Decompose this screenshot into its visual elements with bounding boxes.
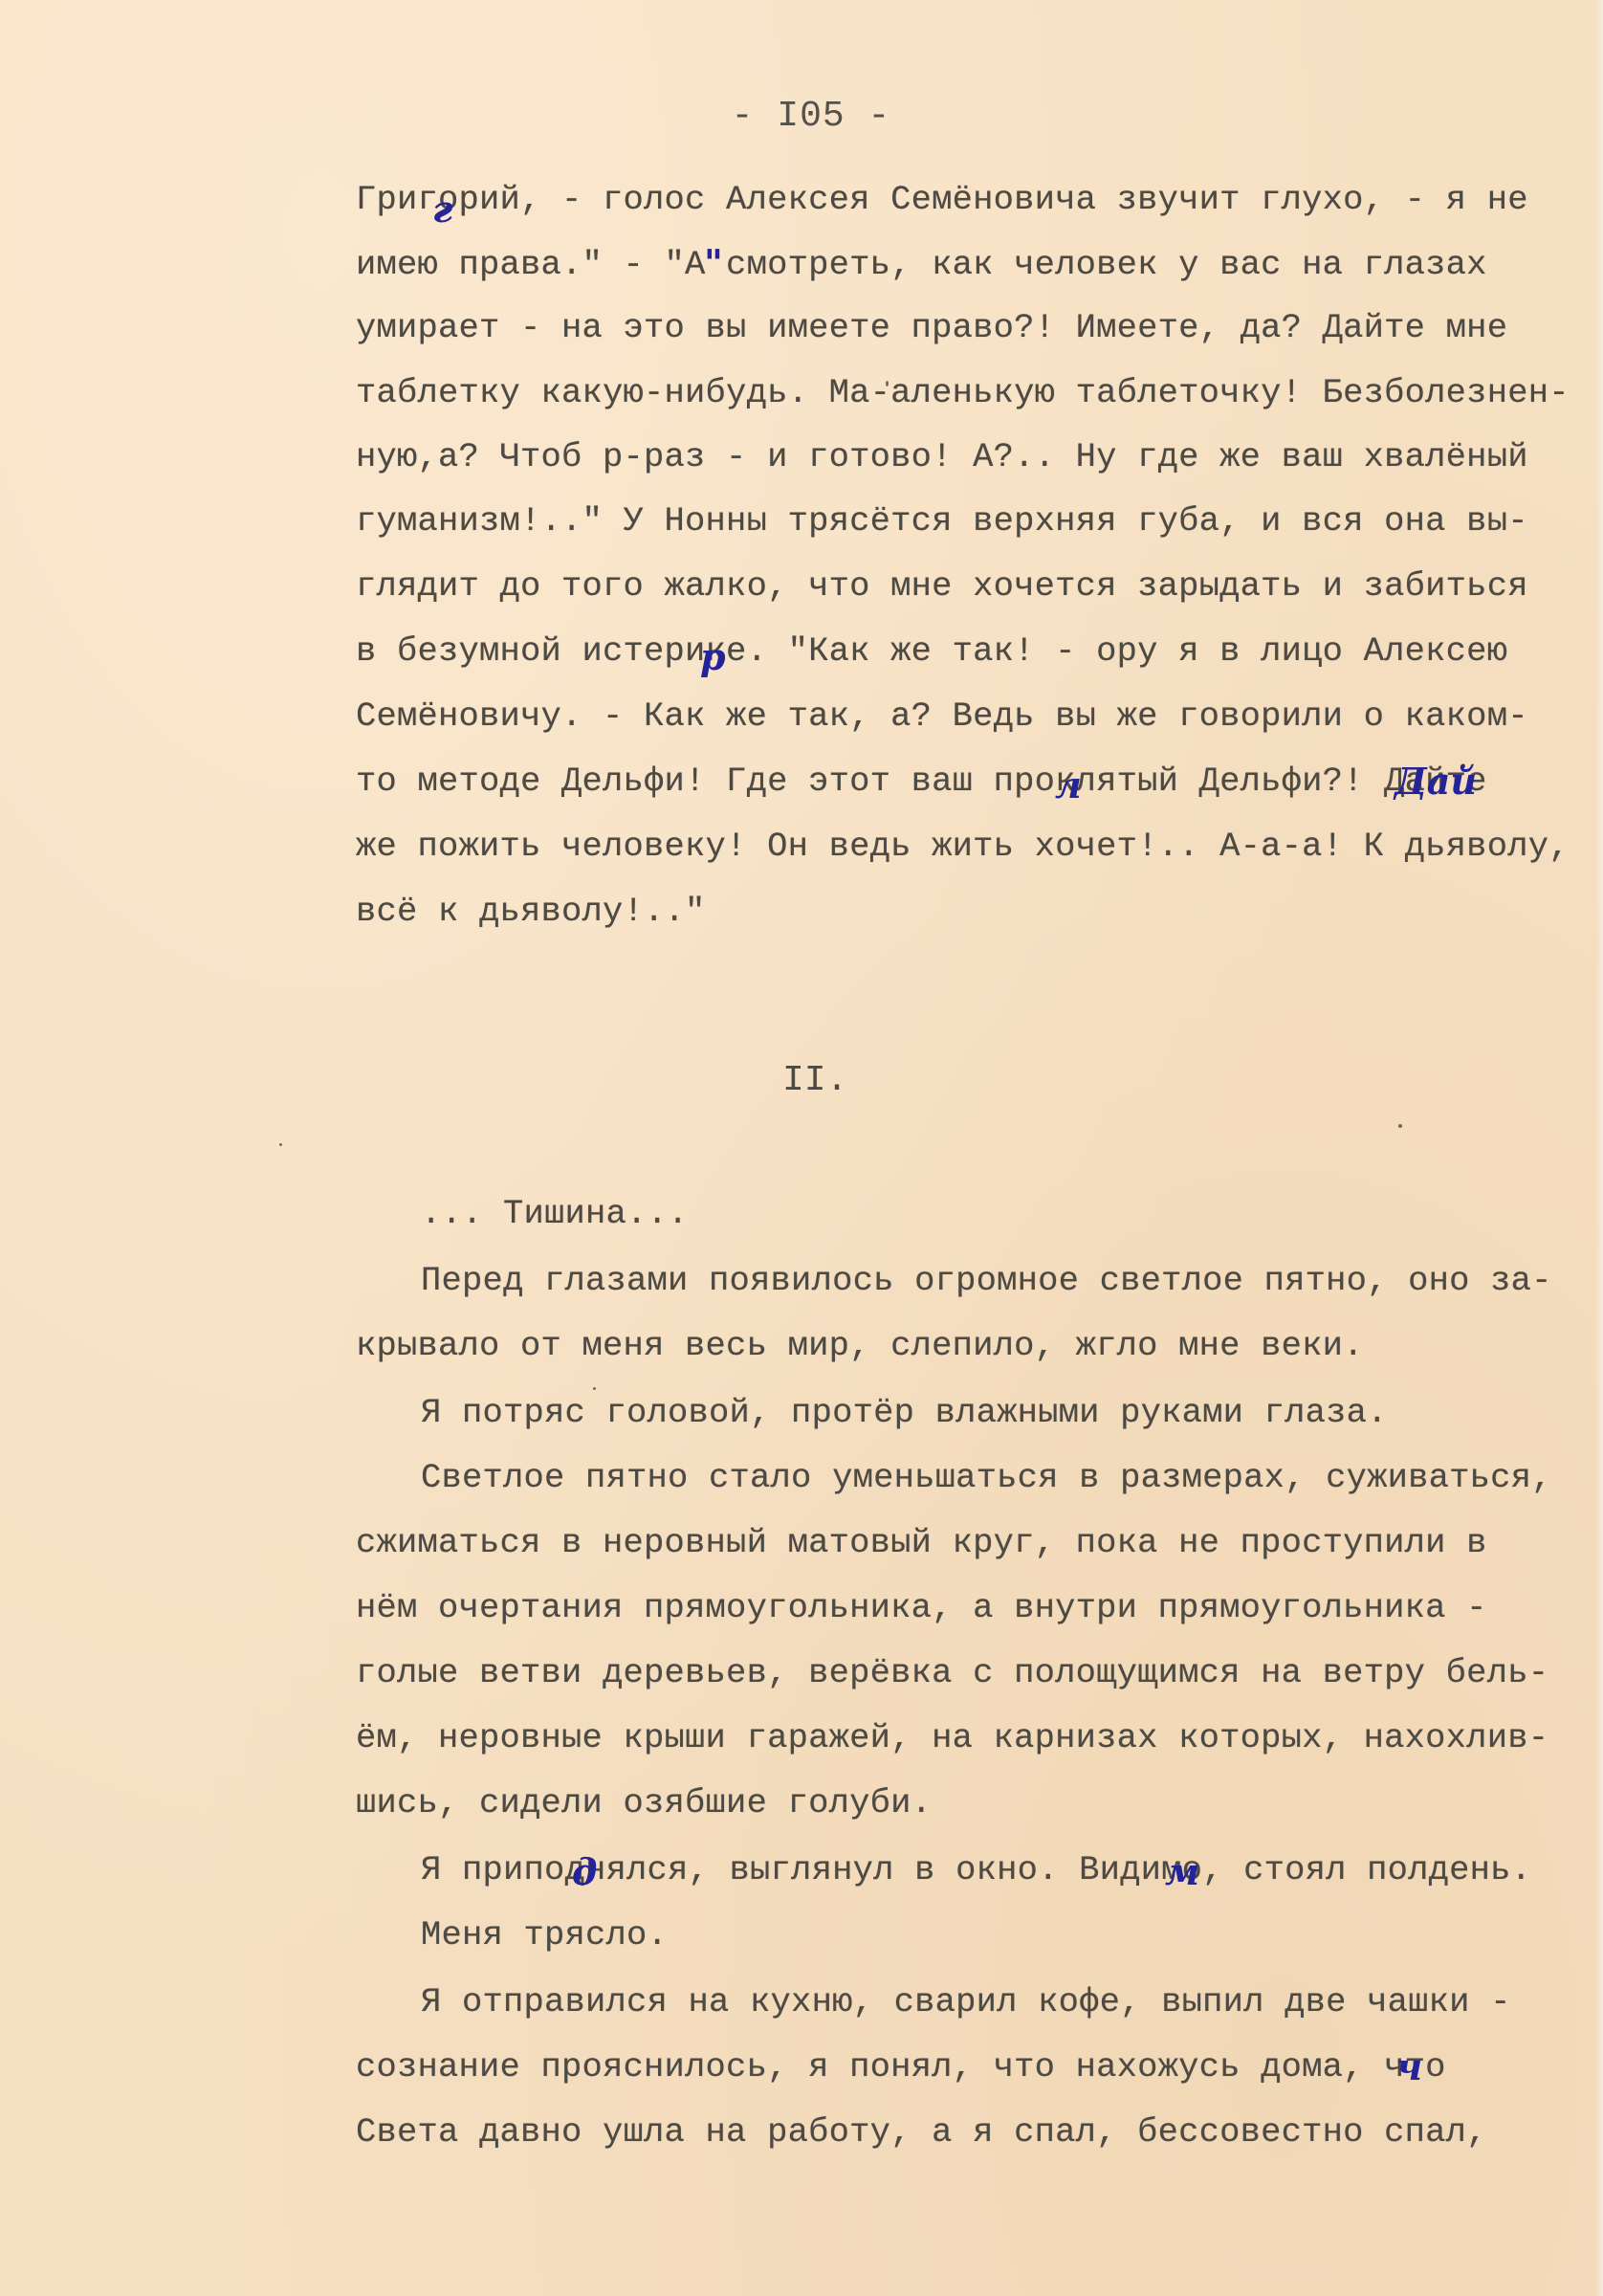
text-line: шись, сидели озябшие голуби. [356,1783,932,1822]
ink-correction: д [572,1850,597,1893]
ink-correction: р [700,635,726,678]
paper-speck [593,1387,596,1390]
text-line: в безумной истерике. "Как же так! - ору … [356,631,1507,671]
text-line: умирает - на это вы имеете право?! Имеет… [356,308,1507,347]
text-line: таблетку какую-нибудь. Ма-аленькую табле… [356,373,1570,412]
text-line: Григорий, - голос Алексея Семёновича зву… [356,180,1528,219]
ink-correction: л [1055,763,1082,806]
paper-speck [1398,1124,1402,1128]
text-line: всё к дьяволу!.." [356,892,706,931]
text-line: ... Тишина... [421,1194,689,1233]
text-line: сознание прояснилось, я понял, что нахож… [356,2047,1446,2086]
text-line: же пожить человеку! Он ведь жить хочет!.… [356,827,1570,866]
ink-correction: м [1165,1850,1199,1893]
text-line: Перед глазами появилось огромное светлое… [421,1261,1552,1300]
text-line: сжиматься в неровный матовый круг, пока … [356,1523,1487,1562]
text-line: имею права." - "А смотреть, как человек … [356,245,1487,284]
typewritten-page: - I05 - Григорий, - голос Алексея Семёно… [0,0,1603,2296]
text-line: Светлое пятно стало уменьшаться в размер… [421,1458,1552,1497]
text-line: Меня трясло. [421,1915,668,1954]
paper-edge [1595,0,1603,2296]
text-line: голые ветви деревьев, верёвка с полощущи… [356,1653,1548,1692]
ink-correction: Дай [1394,760,1477,803]
text-line: Семёновичу. - Как же так, а? Ведь вы же … [356,696,1528,736]
paper-speck [886,381,889,386]
text-line: глядит до того жалко, что мне хочется за… [356,566,1528,606]
ink-correction: ч [1396,2045,1422,2088]
text-line: гуманизм!.." У Нонны трясётся верхняя гу… [356,501,1528,541]
text-line: Света давно ушла на работу, а я спал, бе… [356,2112,1487,2152]
page-number: - I05 - [0,96,1603,137]
text-line: ную,а? Чтоб р-раз - и готово! А?.. Ну гд… [356,437,1528,476]
text-line: Я потряс головой, протёр влажными руками… [421,1393,1388,1432]
section-heading: II. [782,1060,847,1101]
text-line: крывало от меня весь мир, слепило, жгло … [356,1326,1364,1365]
paper-speck [279,1143,282,1146]
text-line: нём очертания прямоугольника, а внутри п… [356,1588,1487,1627]
ink-correction: " [704,241,723,284]
text-line: то методе Дельфи! Где этот ваш проклятый… [356,762,1487,801]
ink-correction: г [432,188,452,231]
text-line: ём, неровные крыши гаражей, на карнизах … [356,1718,1548,1757]
text-line: Я отправился на кухню, сварил кофе, выпи… [421,1982,1511,2021]
